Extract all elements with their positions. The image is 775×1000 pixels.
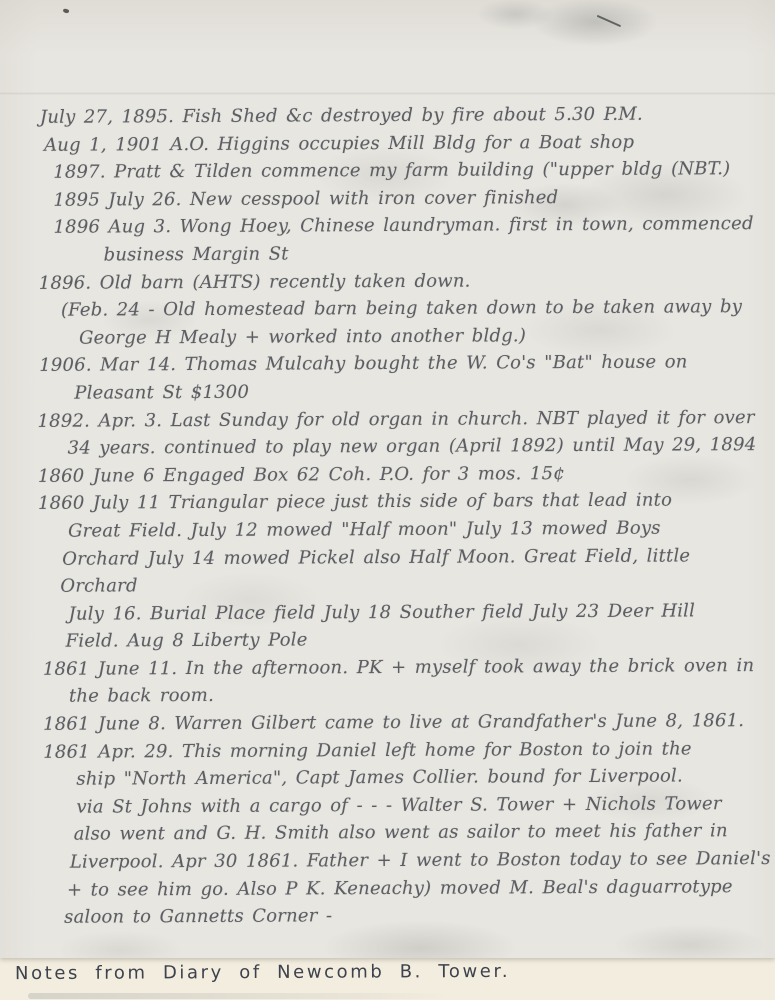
handwritten-line: Great Field. July 12 mowed "Half moon" J… (0, 514, 775, 546)
handwritten-line: 1906. Mar 14. Thomas Mulcahy bought the … (0, 348, 774, 380)
handwritten-line: 34 years. continued to play new organ (A… (0, 431, 775, 463)
handwritten-line: July 16. Burial Place field July 18 Sout… (0, 597, 775, 629)
handwritten-line: 1896 Aug 3. Wong Hoey, Chinese laundryma… (0, 210, 774, 242)
handwritten-line: 1892. Apr. 3. Last Sunday for old organ … (0, 404, 775, 436)
ink-fleck (62, 8, 69, 14)
handwritten-line: Orchard July 14 mowed Pickel also Half M… (0, 541, 775, 573)
scanned-diary-page: July 27, 1895. Fish Shed &c destroyed by… (0, 0, 775, 1000)
paper-sheet: July 27, 1895. Fish Shed &c destroyed by… (0, 0, 775, 958)
handwritten-line: 1861 Apr. 29. This morning Daniel left h… (1, 735, 775, 767)
handwritten-line: ship "North America", Capt James Collier… (1, 762, 775, 794)
handwritten-line: Field. Aug 8 Liberty Pole (1, 624, 775, 656)
stray-pen-mark (597, 15, 621, 27)
handwritten-line: George H Mealy + worked into another bld… (0, 321, 774, 353)
handwritten-line: Pleasant St $1300 (0, 376, 774, 408)
caption-text: Notes from Diary of Newcomb B. Tower. (15, 961, 510, 984)
handwritten-notes: July 27, 1895. Fish Shed &c destroyed by… (0, 100, 775, 932)
handwritten-line: 1861 June 11. In the afternoon. PK + mys… (1, 652, 775, 684)
handwritten-line: 1861 June 8. Warren Gilbert came to live… (1, 707, 775, 739)
handwritten-line: via St Johns with a cargo of - - - Walte… (1, 790, 775, 822)
handwritten-line: + to see him go. Also P K. Keneachy) mov… (2, 873, 775, 905)
handwritten-line: July 27, 1895. Fish Shed &c destroyed by… (0, 100, 773, 132)
bottom-smear (28, 993, 448, 999)
handwritten-line: also went and G. H. Smith also went as s… (2, 817, 775, 849)
handwritten-line: 1895 July 26. New cesspool with iron cov… (0, 183, 773, 215)
handwritten-line: Liverpool. Apr 30 1861. Father + I went … (2, 845, 775, 877)
handwritten-line: (Feb. 24 - Old homestead barn being take… (0, 293, 774, 325)
handwritten-line: 1860 July 11 Triangular piece just this … (0, 486, 775, 518)
handwritten-line: 1860 June 6 Engaged Box 62 Coh. P.O. for… (0, 459, 775, 491)
handwritten-line: the back room. (1, 679, 775, 711)
handwritten-line: 1896. Old barn (AHTS) recently taken dow… (0, 266, 774, 298)
handwritten-line: saloon to Gannetts Corner - (2, 900, 775, 932)
paper-crease (0, 92, 775, 95)
handwritten-line: business Margin St (0, 238, 774, 270)
handwritten-line: 1897. Pratt & Tilden commence my farm bu… (0, 155, 773, 187)
handwritten-line: Orchard (0, 569, 775, 601)
handwritten-line: Aug 1, 1901 A.O. Higgins occupies Mill B… (0, 128, 773, 160)
